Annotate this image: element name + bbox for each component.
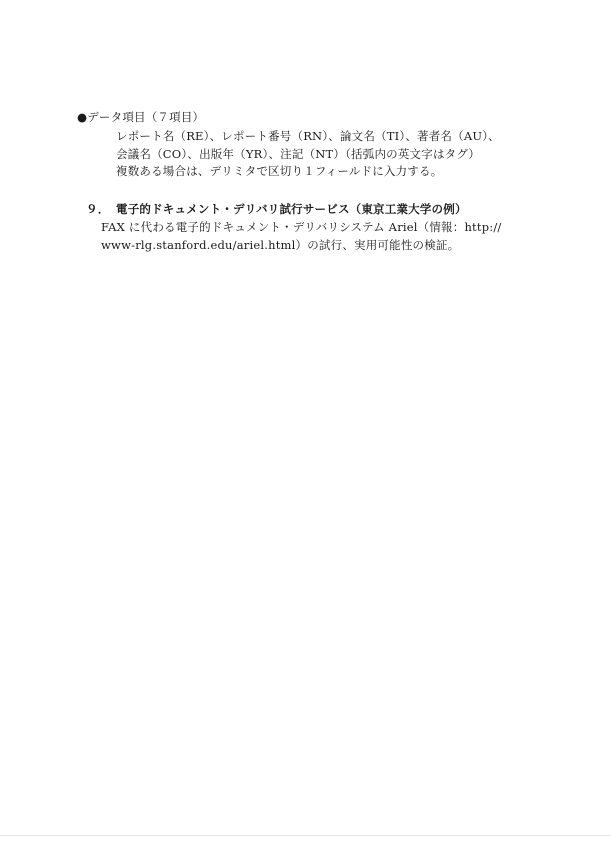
section-9-title: 電子的ドキュメント・デリバリ試行サービス（東京工業大学の例） — [116, 202, 467, 216]
section-9-line-2: www-rlg.stanford.edu/ariel.html）の試行、実用可能… — [101, 238, 459, 252]
data-items-line-3: 複数ある場合は、デリミタで区切り１フィールドに入力する。 — [116, 164, 442, 178]
section-9-line-1: FAX に代わる電子的ドキュメント・デリバリシステム Ariel（情報：http… — [101, 220, 501, 234]
section-9-number: ９． — [86, 202, 109, 216]
scan-artifact-line — [0, 835, 611, 836]
data-items-line-2: 会議名（CO）、出版年（YR）、注記（NT）（括弧内の英文字はタグ） — [116, 147, 480, 161]
data-items-line-1: レポート名（RE）、レポート番号（RN）、論文名（TI）、著者名（AU）、 — [116, 129, 500, 143]
data-items-heading: ●データ項目（７項目） — [77, 110, 204, 124]
